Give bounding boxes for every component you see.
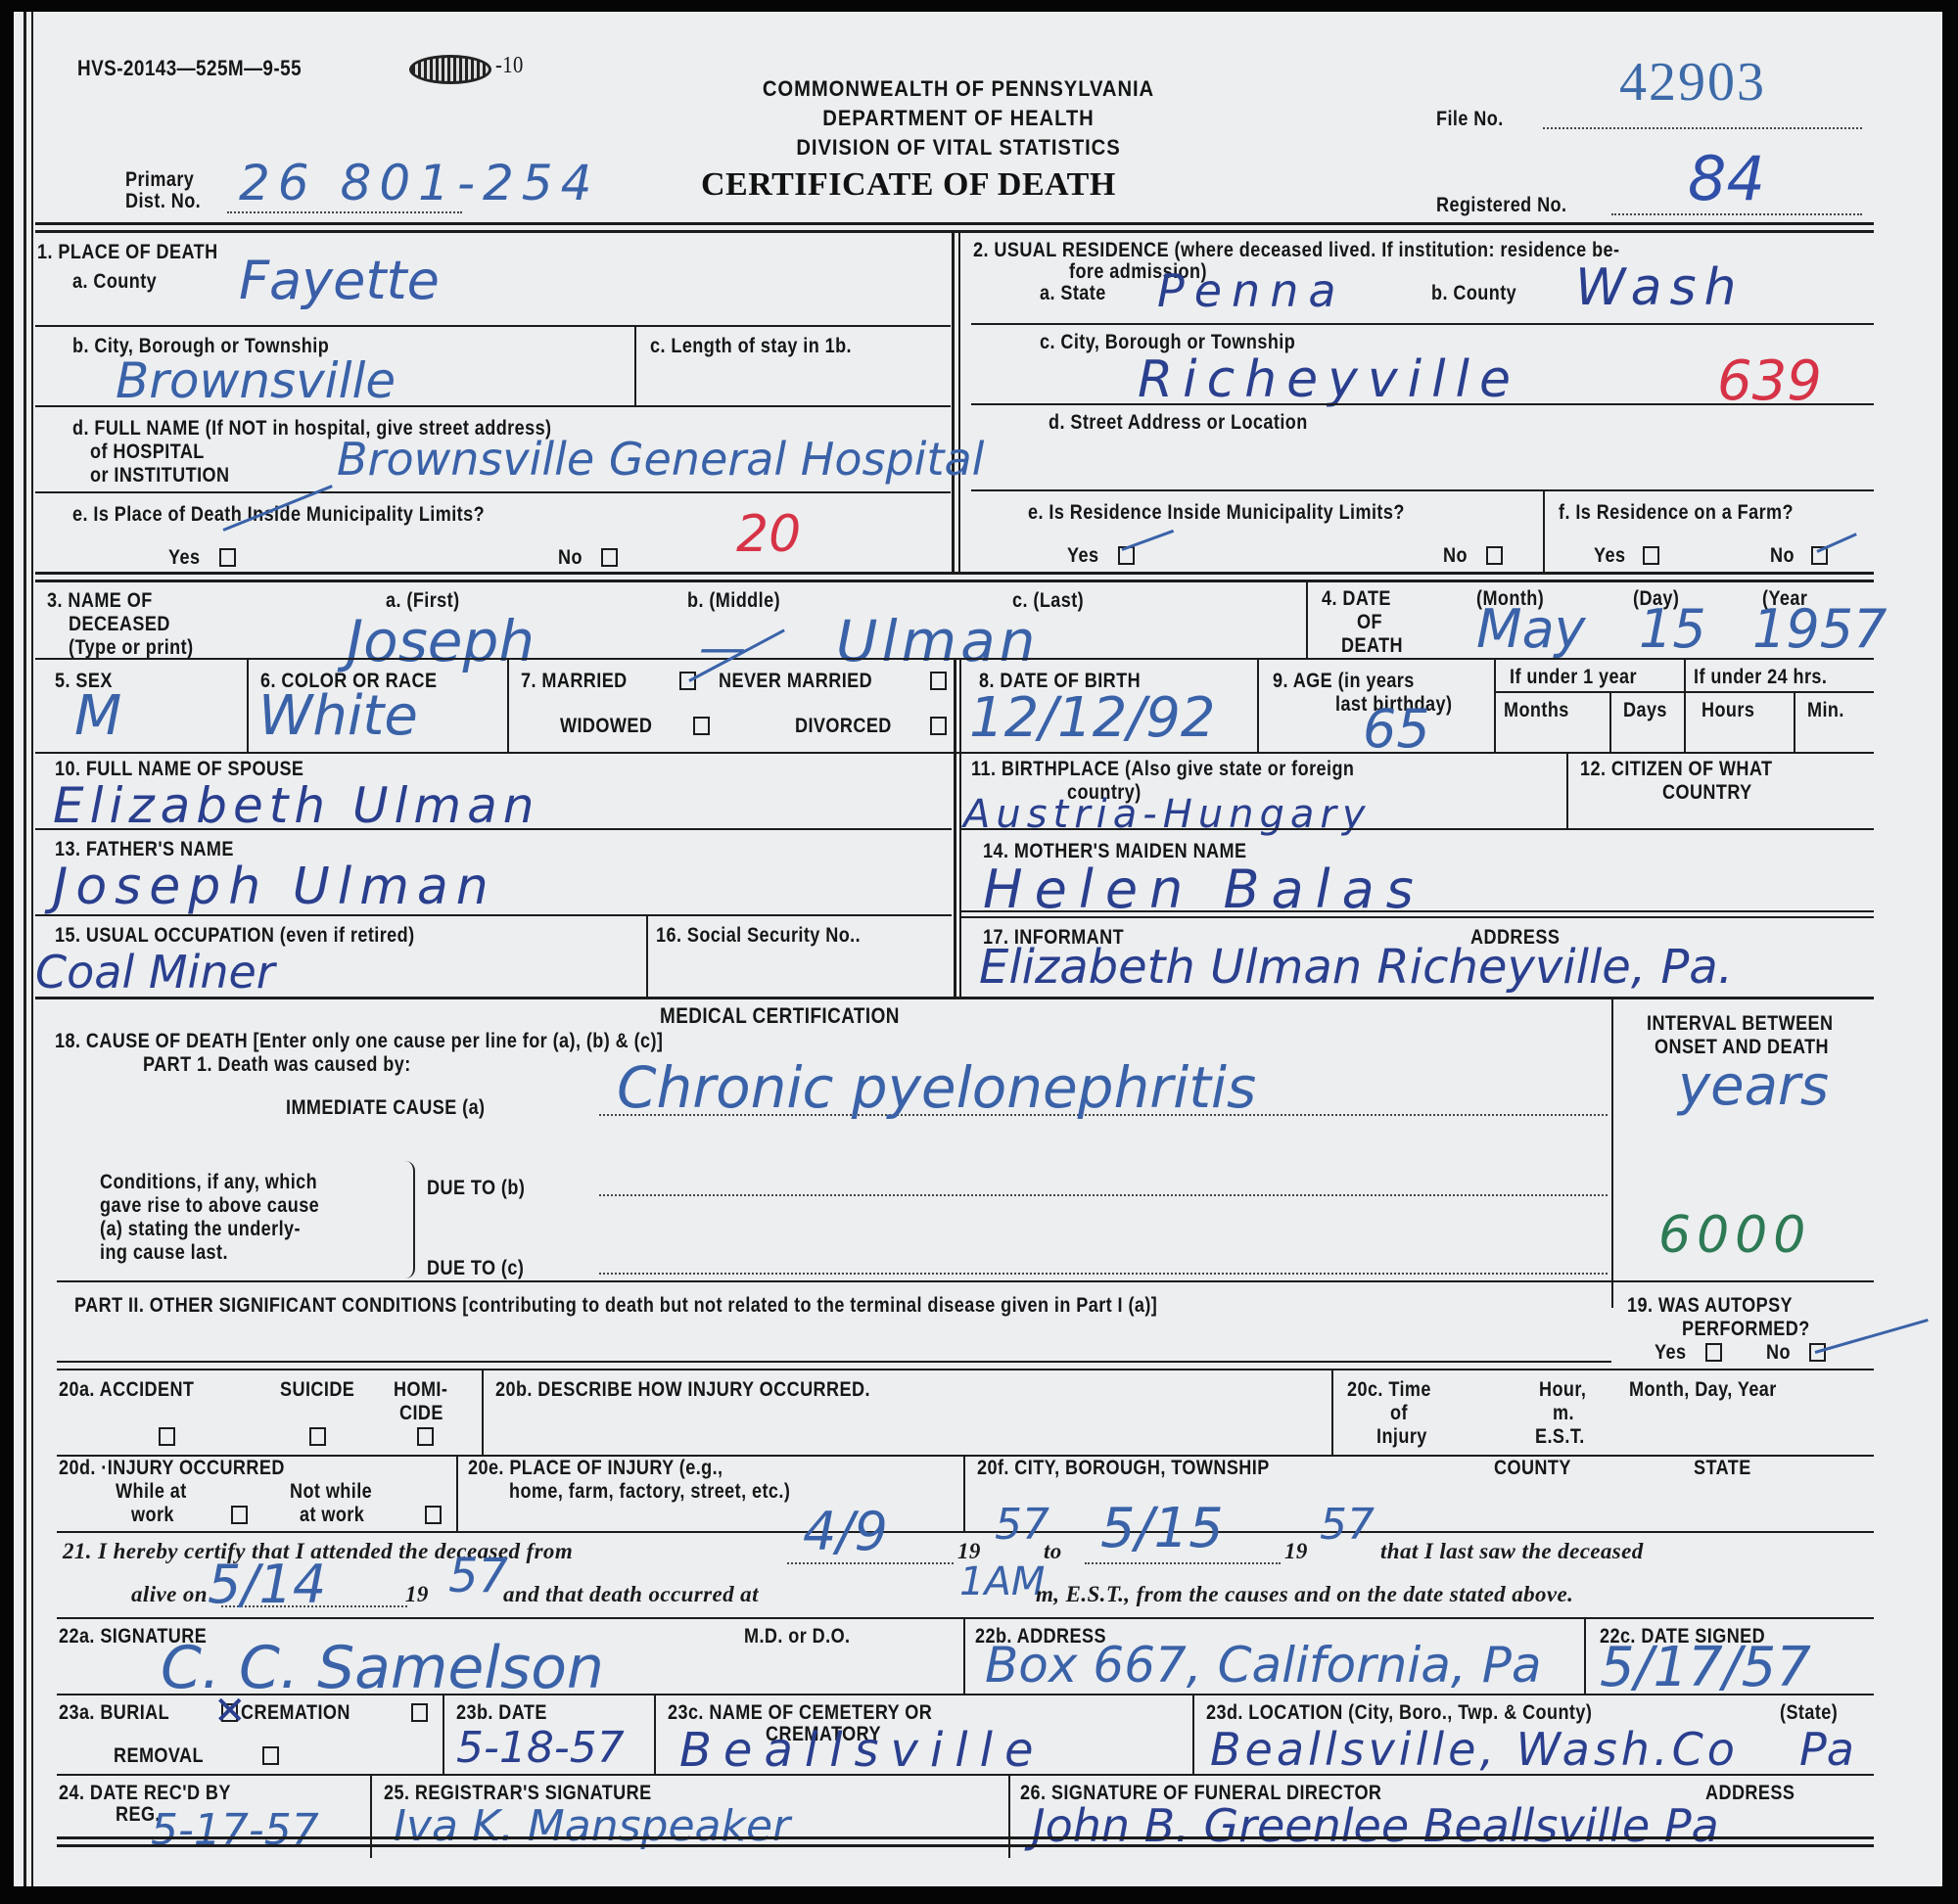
registrar-signature: Iva K. Manspeaker <box>394 1805 790 1848</box>
to-year-value: 57 <box>1320 1504 1375 1547</box>
form-code: HVS-20143—525M—9-55 <box>77 57 302 81</box>
residence-limits-label: e. Is Residence Inside Municipality Limi… <box>1028 501 1405 525</box>
rule <box>1494 691 1874 693</box>
cemetery-value: Beallsville <box>679 1727 1046 1774</box>
rule <box>1257 658 1259 752</box>
rule <box>971 489 1874 491</box>
rule <box>35 325 951 327</box>
homicide-label-1: HOMI- <box>394 1378 447 1402</box>
rule <box>634 325 636 405</box>
autopsy-label-2: PERFORMED? <box>1682 1318 1810 1341</box>
file-no-line <box>1543 127 1862 129</box>
suicide-label: SUICIDE <box>280 1378 354 1402</box>
certificate-title: CERTIFICATE OF DEATH <box>701 166 1116 204</box>
divorced-checkbox[interactable] <box>930 717 947 735</box>
header-commonwealth: COMMONWEALTH OF PENNSYLVANIA <box>688 76 1229 102</box>
residence-county-label: b. County <box>1431 282 1516 305</box>
dob-value: 12/12/92 <box>969 691 1216 746</box>
rule <box>963 1617 965 1694</box>
location-label: 23d. LOCATION (City, Boro., Twp. & Count… <box>1206 1701 1592 1725</box>
death-certificate-page: HVS-20143—525M—9-55 -10 COMMONWEALTH OF … <box>14 12 1942 1886</box>
name-label-2: DECEASED <box>69 613 170 636</box>
immediate-cause-value: Chronic pyelonephritis <box>617 1059 1256 1116</box>
conditions-2: gave rise to above cause <box>100 1194 319 1218</box>
dod-label-3: DEATH <box>1341 634 1403 658</box>
usual-residence-label: 2. USUAL RESIDENCE (where deceased lived… <box>973 239 1619 262</box>
location-state-value: Pa <box>1799 1727 1854 1772</box>
rule <box>1609 691 1611 752</box>
rule <box>443 1694 444 1774</box>
file-no-stamp: 42903 <box>1619 51 1766 114</box>
left-border <box>23 12 26 1886</box>
part2-label: PART II. OTHER SIGNIFICANT CONDITIONS [c… <box>74 1294 1157 1318</box>
rule <box>456 1455 458 1531</box>
rule <box>963 1455 965 1531</box>
rule <box>1794 691 1795 752</box>
under-1-year-label: If under 1 year <box>1510 666 1637 689</box>
yes-label: Yes <box>1594 544 1625 568</box>
burial-date-label: 23b. DATE <box>456 1701 547 1725</box>
rule <box>954 752 956 997</box>
rule <box>57 1455 1874 1457</box>
part1-label: PART 1. Death was caused by: <box>143 1053 411 1077</box>
autopsy-yes-label: Yes <box>1655 1341 1686 1365</box>
no-label: No <box>1443 544 1468 568</box>
checkmark-icon <box>1815 1319 1929 1354</box>
rule <box>959 658 961 752</box>
certify-line-2a: alive on <box>131 1582 208 1607</box>
hospital-label-2: of HOSPITAL <box>90 441 205 464</box>
place-of-death-label: 1. PLACE OF DEATH <box>37 241 218 264</box>
never-married-label: NEVER MARRIED <box>719 670 872 693</box>
mother-value: Helen Balas <box>983 863 1425 916</box>
location-value: Beallsville, Wash.Co <box>1210 1727 1739 1772</box>
residence-limits-no-checkbox[interactable] <box>1486 546 1503 565</box>
conditions-4: ing cause last. <box>100 1241 228 1265</box>
farm-label: f. Is Residence on a Farm? <box>1559 501 1794 525</box>
header-rule-1 <box>35 222 1874 225</box>
name-label-3: (Type or print) <box>69 636 194 660</box>
year-prefix: 19 <box>405 1582 429 1607</box>
rule <box>57 1774 1874 1776</box>
rule <box>1494 658 1496 752</box>
rule <box>35 572 1874 575</box>
from-date-line <box>787 1562 954 1564</box>
day-of-death-value: 15 <box>1639 603 1706 656</box>
attended-to-value: 5/15 <box>1100 1502 1224 1556</box>
name-label-1: 3. NAME OF <box>47 589 153 613</box>
married-checkbox[interactable] <box>679 672 696 690</box>
certify-to: to <box>1044 1539 1062 1564</box>
funeral-director-signature: John B. Greenlee Beallsville Pa <box>1032 1803 1719 1848</box>
file-no-label: File No. <box>1436 108 1504 131</box>
left-border-inner <box>31 12 33 1886</box>
rule <box>57 1694 1874 1695</box>
injury-occurred-label: 20d. ·INJURY OCCURRED <box>59 1457 285 1480</box>
injury-city-label: 20f. CITY, BOROUGH, TOWNSHIP <box>977 1457 1270 1480</box>
hour-label-2: m. <box>1553 1402 1574 1425</box>
place-of-injury-label-2: home, farm, factory, street, etc.) <box>509 1480 790 1504</box>
rule <box>1192 1694 1194 1774</box>
rule <box>57 1617 1874 1619</box>
due-to-c-line <box>599 1273 1608 1275</box>
rule <box>57 1844 1874 1847</box>
rule <box>961 916 1874 918</box>
injury-state-label: STATE <box>1694 1457 1751 1480</box>
under-24-hrs-label: If under 24 hrs. <box>1694 666 1827 689</box>
hours-label: Hours <box>1702 699 1754 722</box>
attended-from-value: 4/9 <box>803 1506 888 1558</box>
rule <box>1684 658 1686 752</box>
alive-on-value: 5/14 <box>208 1558 326 1611</box>
rule <box>35 914 952 916</box>
medical-heading: MEDICAL CERTIFICATION <box>660 1004 900 1029</box>
rule <box>961 828 1874 830</box>
cremation-checkbox[interactable] <box>411 1703 428 1722</box>
widowed-checkbox[interactable] <box>693 717 710 735</box>
residence-county-value: Wash <box>1575 262 1745 313</box>
conditions-3: (a) stating the underly- <box>100 1218 301 1241</box>
spouse-value: Elizabeth Ulman <box>53 781 539 830</box>
time-of-injury-1: 20c. Time <box>1347 1378 1431 1402</box>
city-value: Brownsville <box>116 356 396 405</box>
rule <box>959 752 961 997</box>
not-at-work-checkbox[interactable] <box>425 1506 442 1524</box>
rule <box>1566 752 1568 828</box>
dod-label-1: 4. DATE <box>1322 587 1391 611</box>
registered-no-value: 84 <box>1688 149 1765 209</box>
rule <box>1611 997 1613 1308</box>
rule <box>57 1836 1874 1839</box>
burial-label: 23a. BURIAL <box>59 1701 169 1725</box>
county-value: Fayette <box>239 255 440 307</box>
section-divider <box>952 233 955 572</box>
no-label: No <box>558 546 583 570</box>
accident-label: 20a. ACCIDENT <box>59 1378 194 1402</box>
due-to-b-label: DUE TO (b) <box>427 1177 525 1200</box>
checkmark-icon <box>1121 530 1174 551</box>
not-work-2: at work <box>300 1504 364 1527</box>
length-of-stay-label: c. Length of stay in 1b. <box>650 335 852 358</box>
year-prefix: 19 <box>1284 1539 1308 1564</box>
alive-year-value: 57 <box>448 1553 508 1600</box>
rule <box>1543 489 1545 572</box>
autopsy-label-1: 19. WAS AUTOPSY <box>1627 1294 1793 1318</box>
accident-checkbox[interactable] <box>159 1427 175 1446</box>
hospital-value: Brownsville General Hospital <box>337 437 984 482</box>
green-code-6000: 6000 <box>1658 1210 1811 1261</box>
time-of-injury-2: of <box>1390 1402 1408 1425</box>
rule <box>646 914 648 997</box>
rule <box>1331 1369 1333 1455</box>
autopsy-no-label: No <box>1766 1341 1791 1365</box>
rule <box>1306 581 1308 658</box>
rule <box>35 997 1874 999</box>
state-value: Penna <box>1157 268 1346 313</box>
months-label: Months <box>1504 699 1569 722</box>
due-to-b-line <box>599 1194 1608 1196</box>
injury-county-label: COUNTY <box>1494 1457 1571 1480</box>
yes-label: Yes <box>1067 544 1098 568</box>
divorced-label: DIVORCED <box>795 715 892 738</box>
married-label: 7. MARRIED <box>521 670 628 693</box>
autopsy-yes-checkbox[interactable] <box>1705 1343 1722 1362</box>
rule <box>57 1361 1611 1363</box>
hour-label-3: E.S.T. <box>1535 1425 1585 1449</box>
race-value: White <box>258 689 418 744</box>
from-year-value: 57 <box>995 1504 1049 1547</box>
rule <box>35 491 951 493</box>
rule <box>57 1280 1874 1282</box>
describe-injury-label: 20b. DESCRIBE HOW INJURY OCCURRED. <box>495 1378 870 1402</box>
death-time-value: 1AM <box>959 1562 1045 1602</box>
month-of-death-value: May <box>1476 603 1586 656</box>
cremation-label: CREMATION <box>241 1701 350 1725</box>
union-label-suffix: -10 <box>495 53 524 79</box>
interval-value: years <box>1678 1059 1829 1114</box>
immediate-cause-label: IMMEDIATE CAUSE (a) <box>286 1096 485 1120</box>
header-division: DIVISION OF VITAL STATISTICS <box>688 135 1229 161</box>
hour-label-1: Hour, <box>1539 1378 1586 1402</box>
inside-limits-no-checkbox[interactable] <box>601 548 618 567</box>
red-code-20: 20 <box>736 509 801 560</box>
removal-checkbox[interactable] <box>262 1746 279 1765</box>
due-to-c-label: DUE TO (c) <box>427 1257 524 1280</box>
no-label: No <box>1770 544 1795 568</box>
time-of-injury-3: Injury <box>1376 1425 1427 1449</box>
state-label: a. State <box>1040 282 1106 305</box>
checkmark-icon <box>1816 533 1856 553</box>
father-value: Joseph Ulman <box>53 861 496 912</box>
month-day-year-label: Month, Day, Year <box>1629 1378 1777 1402</box>
occupation-value: Coal Miner <box>35 950 275 995</box>
birthplace-label: 11. BIRTHPLACE (Also give state or forei… <box>971 758 1354 781</box>
while-at-work-checkbox[interactable] <box>231 1506 248 1524</box>
location-state-label: (State) <box>1780 1701 1838 1725</box>
citizen-label-2: COUNTRY <box>1662 781 1752 805</box>
rule <box>57 1531 1874 1533</box>
never-married-checkbox[interactable] <box>930 672 947 690</box>
md-do-label: M.D. or D.O. <box>744 1625 851 1649</box>
while-work-2: work <box>131 1504 174 1527</box>
conditions-1: Conditions, if any, which <box>100 1171 317 1194</box>
rule <box>35 828 952 830</box>
rule <box>1584 1617 1586 1694</box>
to-date-line <box>1085 1562 1281 1564</box>
middle-name-label: b. (Middle) <box>687 589 780 613</box>
certify-line-2c: m, E.S.T., from the causes and on the da… <box>1036 1582 1573 1607</box>
homicide-label-2: CIDE <box>399 1402 443 1425</box>
primary-dist-line <box>227 211 462 213</box>
widowed-label: WIDOWED <box>560 715 652 738</box>
street-label: d. Street Address or Location <box>1049 411 1308 435</box>
rule <box>35 580 1874 582</box>
header-rule-2 <box>35 230 1874 233</box>
date-signed-value: 5/17/57 <box>1600 1641 1811 1695</box>
interval-label-1: INTERVAL BETWEEN <box>1647 1012 1834 1036</box>
rule <box>654 1694 656 1774</box>
section-divider-inner <box>958 233 960 572</box>
occupation-label: 15. USUAL OCCUPATION (even if retired) <box>55 924 415 948</box>
residence-city-value: Richeyville <box>1138 354 1520 405</box>
days-label: Days <box>1623 699 1667 722</box>
rule <box>247 658 249 752</box>
citizen-label-1: 12. CITIZEN OF WHAT <box>1580 758 1772 781</box>
primary-dist-label-1: Primary <box>125 168 194 192</box>
certify-line-2b: and that death occurred at <box>503 1582 759 1607</box>
inside-limits-yes-checkbox[interactable] <box>219 548 236 567</box>
suicide-checkbox[interactable] <box>309 1427 326 1446</box>
hospital-label-3: or INSTITUTION <box>90 464 229 488</box>
header-department: DEPARTMENT OF HEALTH <box>688 106 1229 131</box>
date-recd-label-1: 24. DATE REC'D BY <box>59 1782 231 1805</box>
rule <box>507 658 509 752</box>
homicide-checkbox[interactable] <box>417 1427 434 1446</box>
while-work-1: While at <box>116 1480 187 1504</box>
cemetery-label-1: 23c. NAME OF CEMETERY OR <box>668 1701 932 1725</box>
ssn-label: 16. Social Security No.. <box>656 924 861 948</box>
rule <box>57 1369 1874 1370</box>
last-name-value: Ulman <box>836 613 1039 670</box>
rule <box>35 405 951 407</box>
informant-value: Elizabeth Ulman Richeyville, Pa. <box>979 944 1733 991</box>
rule <box>971 323 1874 325</box>
removal-label: REMOVAL <box>114 1744 204 1768</box>
primary-dist-value: 26 801-254 <box>239 159 599 208</box>
place-of-injury-label-1: 20e. PLACE OF INJURY (e.g., <box>468 1457 723 1480</box>
farm-yes-checkbox[interactable] <box>1643 546 1659 565</box>
dod-label-2: OF <box>1357 611 1382 634</box>
burial-date-value: 5-18-57 <box>456 1727 625 1770</box>
sex-value: M <box>74 689 121 744</box>
rule <box>961 910 1874 912</box>
year-of-death-value: 1957 <box>1752 603 1887 656</box>
cause-label: 18. CAUSE OF DEATH [Enter only one cause… <box>55 1030 663 1053</box>
union-label-icon <box>409 55 491 84</box>
red-code-639: 639 <box>1717 354 1822 409</box>
rule <box>954 658 956 752</box>
age-label-1: 9. AGE (in years <box>1273 670 1415 693</box>
registered-no-label: Registered No. <box>1436 194 1566 217</box>
county-label: a. County <box>72 270 157 294</box>
rule <box>482 1369 484 1455</box>
rule <box>971 403 1874 405</box>
yes-label: Yes <box>168 546 200 570</box>
primary-dist-label-2: Dist. No. <box>125 190 201 213</box>
age-value: 65 <box>1363 703 1430 756</box>
certify-line-1c: that I last saw the deceased <box>1380 1539 1644 1564</box>
brace <box>405 1161 415 1278</box>
not-work-1: Not while <box>290 1480 372 1504</box>
min-label: Min. <box>1807 699 1844 722</box>
physician-address-value: Box 667, California, Pa <box>985 1641 1541 1690</box>
